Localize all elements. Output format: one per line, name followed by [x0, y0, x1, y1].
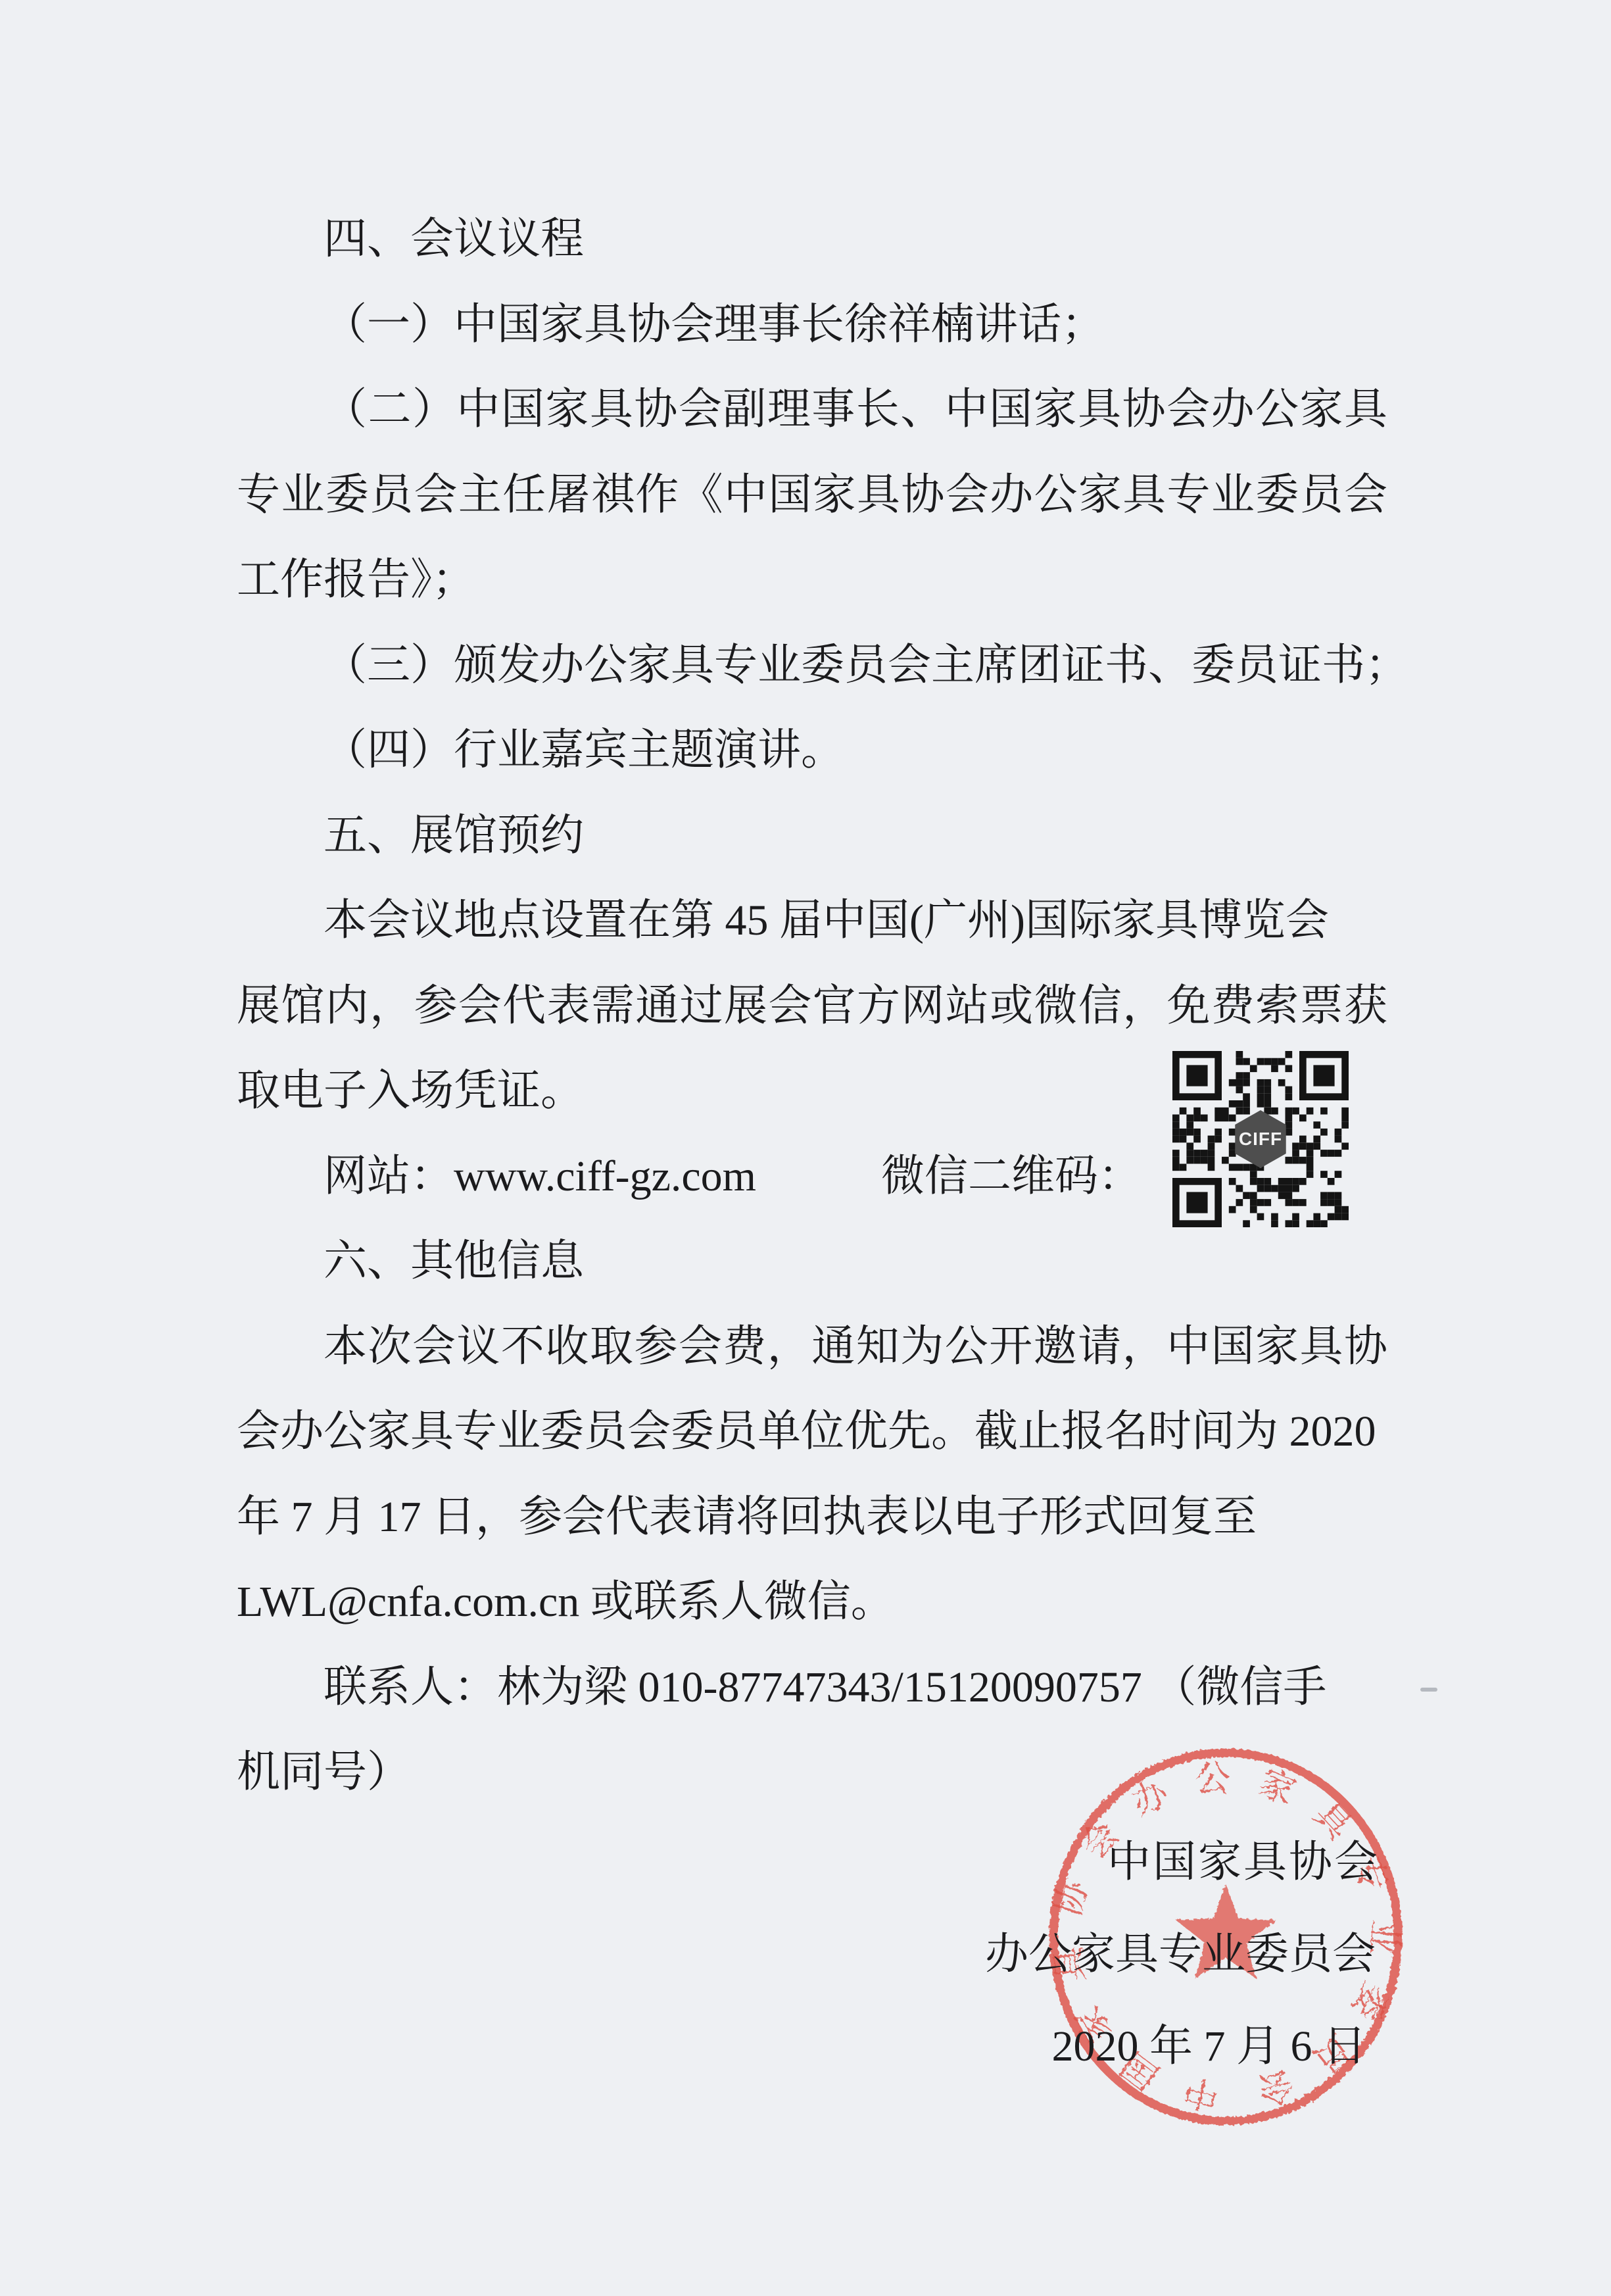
document-line: 本次会议不收取参会费，通知为公开邀请，中国家具协	[324, 1317, 1387, 1377]
document-line: 五、展馆预约	[324, 806, 1387, 866]
document-line: 四、会议议程	[324, 209, 1387, 270]
ciff-logo-text: CIFF	[1239, 1129, 1282, 1150]
document-line: （一）中国家具协会理事长徐祥楠讲话；	[324, 295, 1387, 355]
document-line: 六、其他信息	[324, 1231, 1387, 1292]
signature-org-line2: 办公家具专业委员会	[985, 1924, 1376, 1985]
document-line: 工作报告》；	[237, 550, 1387, 610]
signature-date: 2020 年 7 月 6 日	[1052, 2016, 1367, 2077]
signature-org-line1: 中国家具协会	[1107, 1832, 1380, 1893]
document-line: 年 7 月 17 日，参会代表请将回执表以电子形式回复至	[237, 1487, 1387, 1548]
document-line: （三）颁发办公家具专业委员会主席团证书、委员证书；	[324, 635, 1387, 696]
wechat-qr-label: 微信二维码：	[881, 1146, 1142, 1207]
document-line: （四）行业嘉宾主题演讲。	[324, 720, 1387, 781]
document-line: 会办公家具专业委员会委员单位优先。截止报名时间为 2020	[237, 1402, 1387, 1462]
scan-artifact	[1420, 1688, 1437, 1692]
document-line: 联系人：林为梁 010-87747343/15120090757 （微信手	[324, 1657, 1387, 1718]
document-line: LWL@cnfa.com.cn 或联系人微信。	[237, 1572, 1387, 1632]
document-line: 专业委员会主任屠祺作《中国家具协会办公家具专业委员会	[237, 465, 1387, 525]
document-line: 本会议地点设置在第 45 届中国(广州)国际家具博览会	[324, 891, 1387, 951]
document-line: （二）中国家具协会副理事长、中国家具协会办公家具	[324, 379, 1387, 440]
document-page: 四、会议议程（一）中国家具协会理事长徐祥楠讲话；（二）中国家具协会副理事长、中国…	[0, 0, 1611, 2296]
wechat-qr-code: CIFF	[1172, 1051, 1349, 1227]
document-line: 展馆内，参会代表需通过展会官方网站或微信，免费索票获	[237, 976, 1387, 1037]
